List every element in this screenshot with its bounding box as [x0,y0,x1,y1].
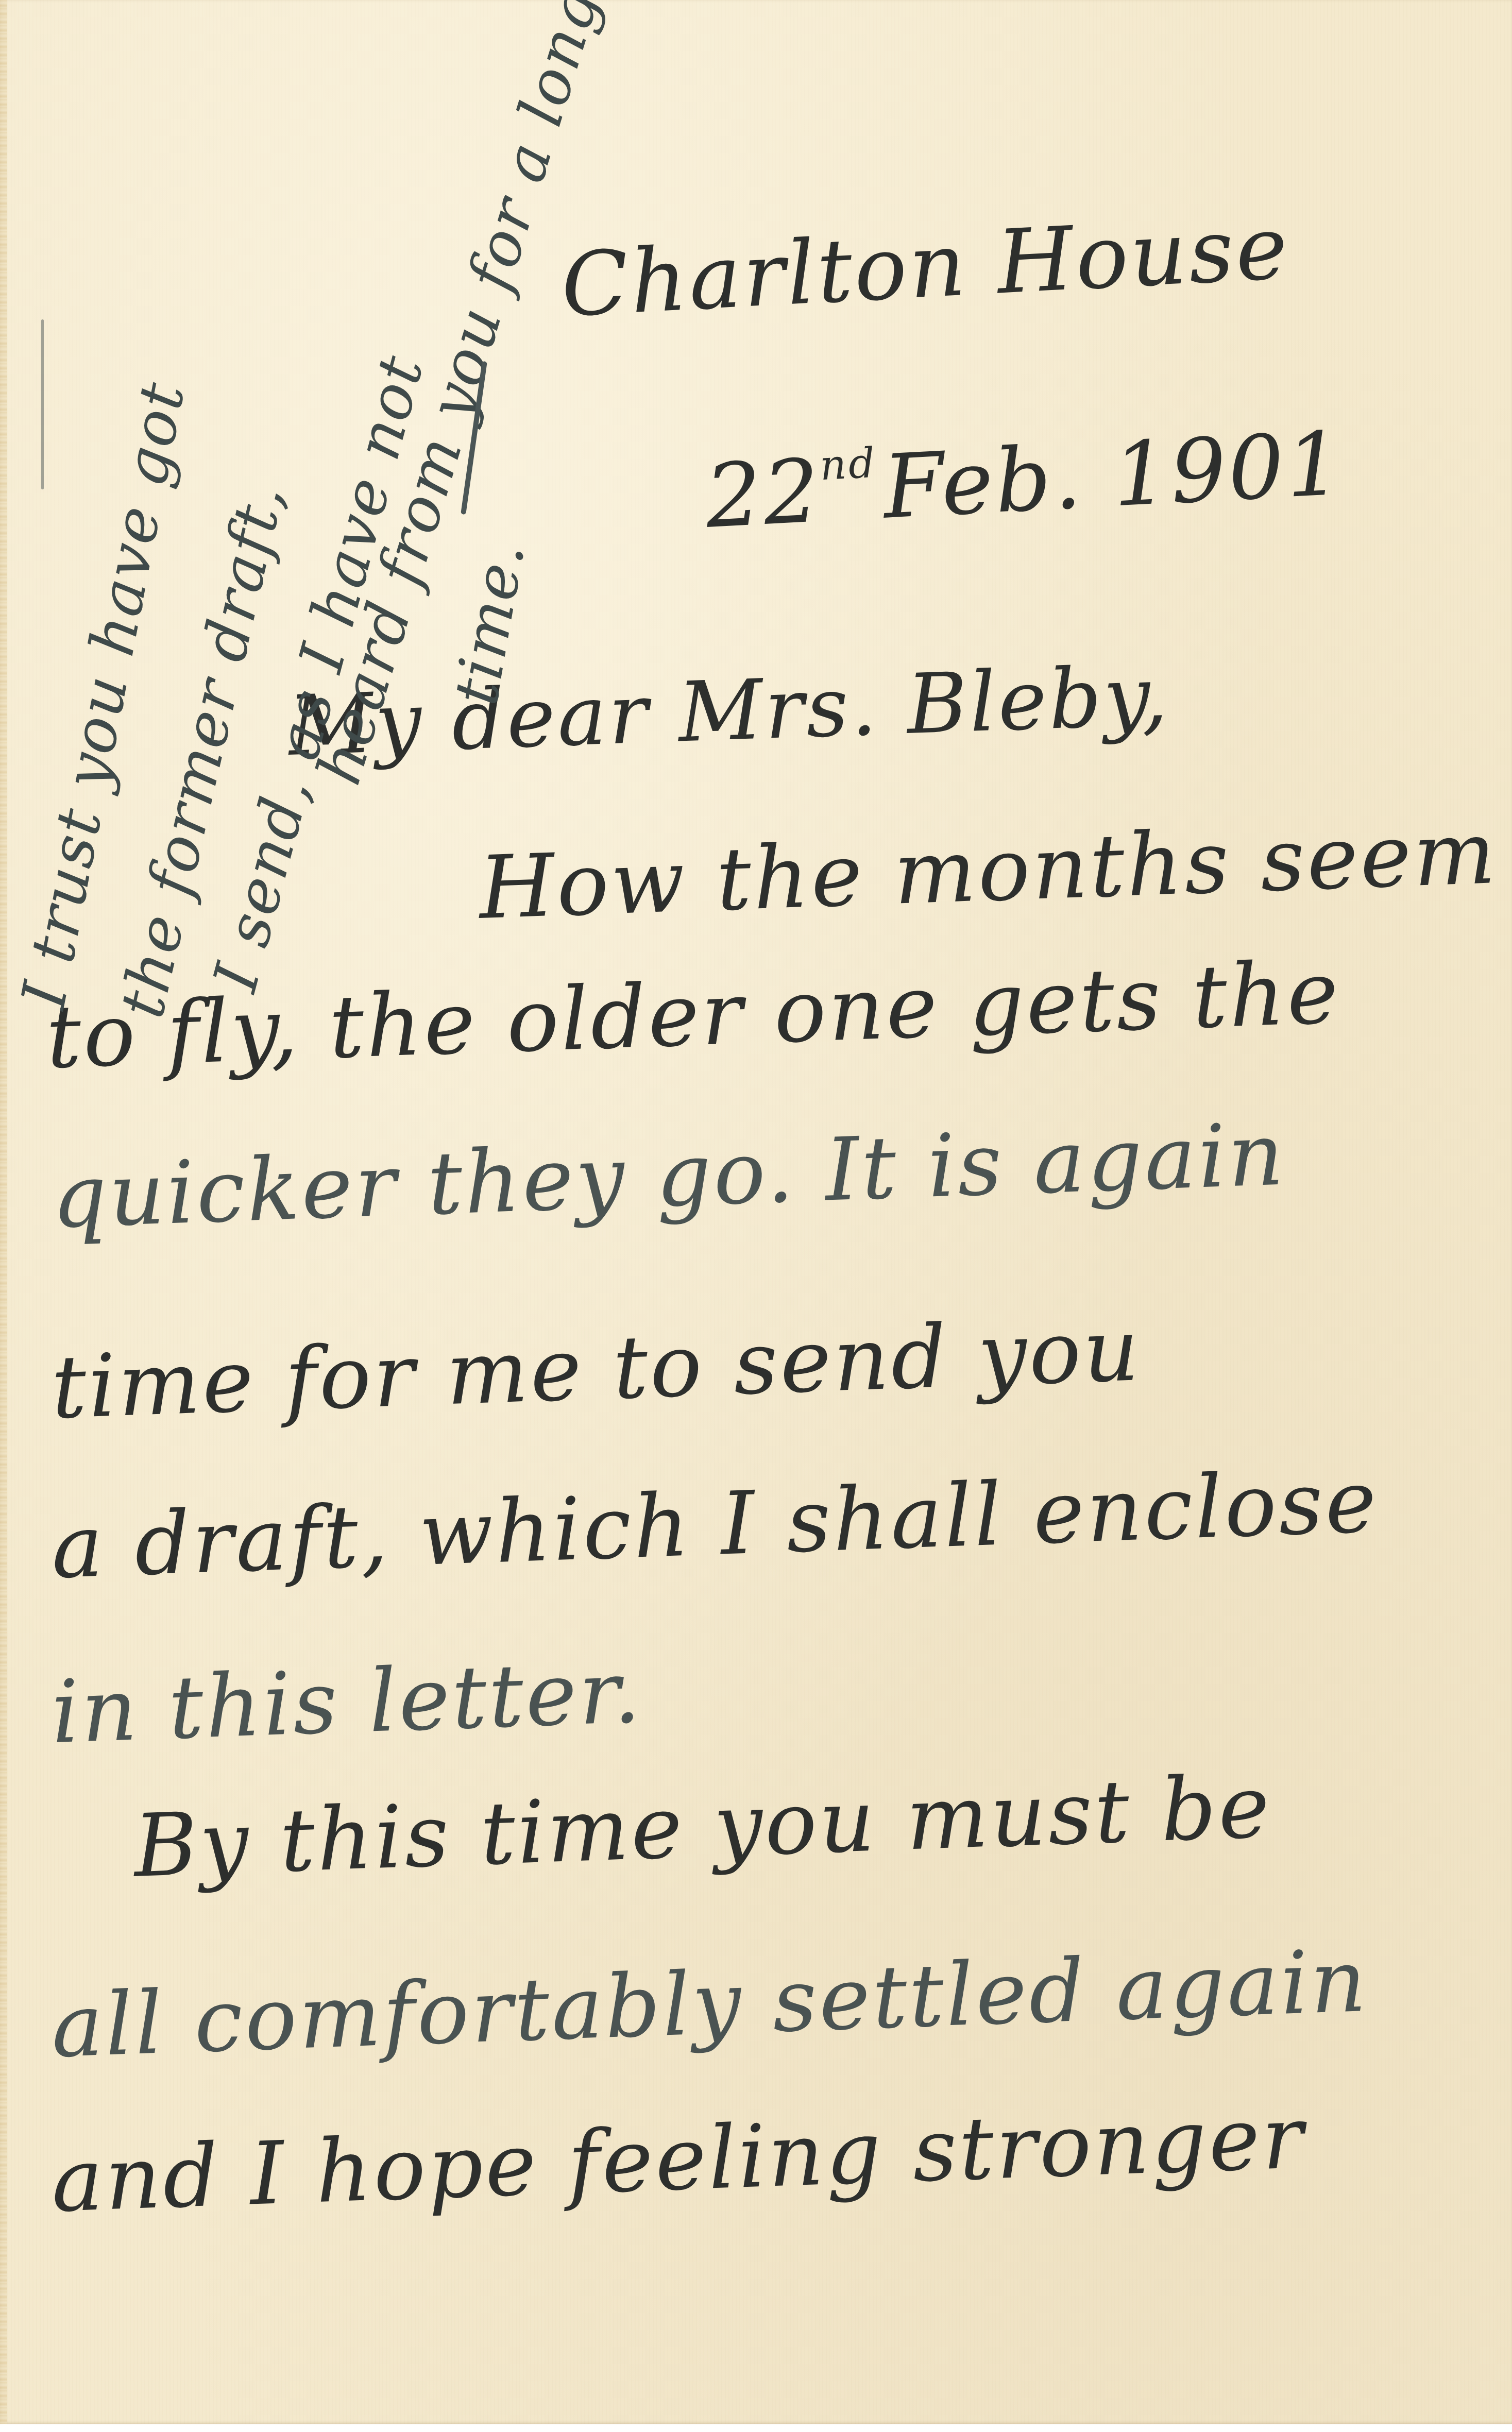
body-line: time for me to send you [50,1306,1142,1431]
salutation: My dear Mrs. Bleby, [287,654,1170,768]
body-line: a draft, which I shall enclose [50,1458,1380,1591]
body-line: How the months seem [478,809,1499,931]
body-line: By this time you must be [132,1763,1273,1890]
body-line: all comfortably settled again [50,1937,1369,2070]
letter-address: Charlton House [559,204,1292,330]
body-line: in this letter. [50,1648,643,1756]
body-line: quicker they go. It is again [50,1111,1287,1240]
letter-date: 22ndFeb. 1901 [704,420,1346,541]
margin-guide-stroke [41,319,44,489]
body-line: and I hope feeling stronger [50,2094,1306,2224]
date-day: 22 [703,440,824,548]
letter-page: Charlton House 22ndFeb. 1901 My dear Mrs… [0,0,1512,2424]
deckled-paper-edge [0,0,7,2424]
date-suffix: nd [819,439,878,490]
date-month-year: Feb. 1901 [880,413,1346,539]
